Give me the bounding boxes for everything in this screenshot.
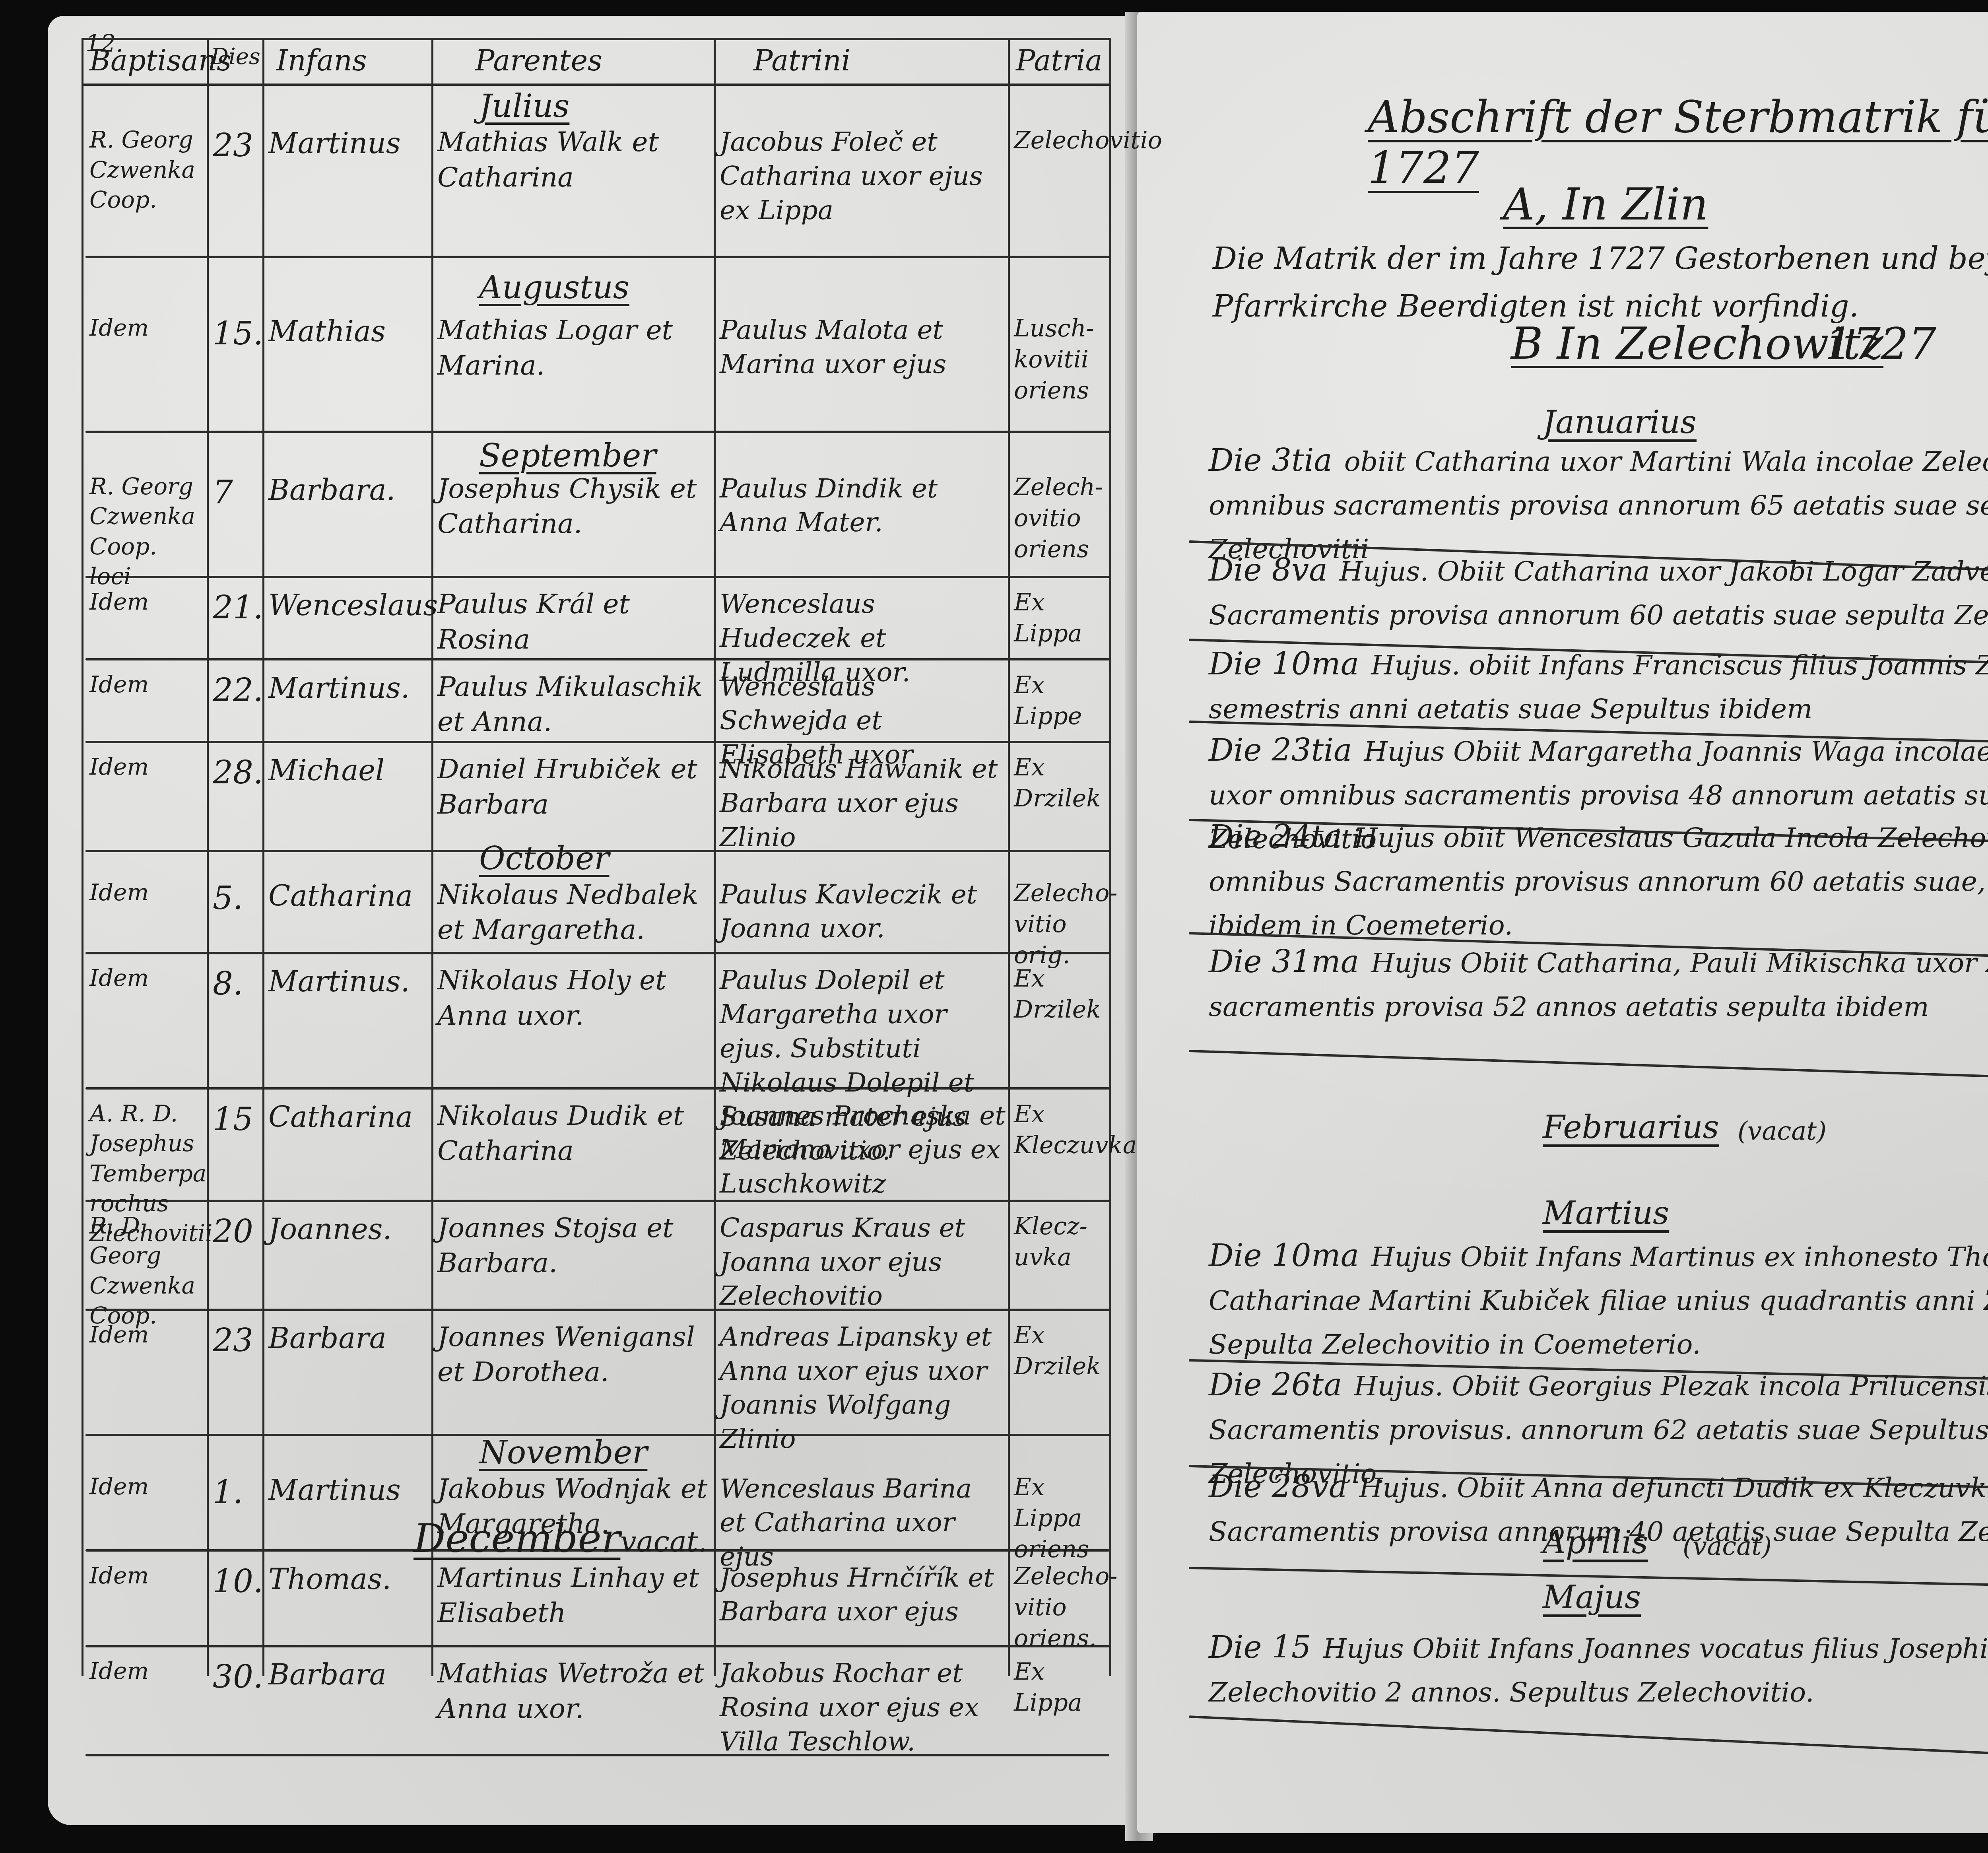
month-heading-october: October — [479, 840, 610, 877]
row-divider — [85, 576, 1109, 578]
cell-dies: 8. — [213, 963, 260, 1004]
cell-dies: 1. — [213, 1472, 260, 1513]
col-header-patria: Patria — [1016, 44, 1102, 77]
col-header-patrini: Patrini — [753, 44, 850, 77]
cell-patria: Zelecho-vitio oriens. — [1014, 1561, 1109, 1654]
cell-dies: 30. — [213, 1656, 260, 1698]
cell-patria: Zelech-ovitio oriens — [1014, 472, 1109, 565]
cell-parentes: Mathias Walk et Catharina — [437, 125, 712, 195]
col-header-parentes: Parentes — [475, 44, 602, 77]
row-divider — [85, 1645, 1109, 1647]
cell-infans: Martinus — [268, 125, 427, 162]
entry-day: Die 26ta — [1209, 1367, 1342, 1403]
cell-infans: Barbara — [268, 1320, 427, 1357]
death-entry: Die 8vaHujus. Obiit Catharina uxor Jakob… — [1209, 548, 1988, 637]
month-heading-januarius: Januarius — [1543, 404, 1697, 441]
cell-patrini: Casparus Kraus et Joanna uxor ejus Zelec… — [720, 1211, 1006, 1313]
entry-day: Die 23tia — [1209, 732, 1352, 768]
cell-parentes: Mathias Wetroža et Anna uxor. — [437, 1656, 712, 1727]
cell-dies: 23 — [213, 125, 260, 166]
cell-patria: Ex Lippe — [1014, 670, 1109, 732]
cell-patrini: Wenceslaus Barina et Catharina uxor ejus — [720, 1472, 1006, 1574]
cell-patrini: Paulus Dindik et Anna Mater. — [720, 472, 1006, 540]
cell-dies: 5. — [213, 878, 260, 919]
entry-day: Die 31ma — [1209, 944, 1359, 980]
cell-infans: Catharina — [268, 878, 427, 915]
cell-patrini: Jacobus Foleč et Catharina uxor ejus ex … — [720, 125, 1006, 227]
cell-infans: Catharina — [268, 1099, 427, 1136]
death-entry: Die 31maHujus Obiit Catharina, Pauli Mik… — [1209, 940, 1988, 1029]
cell-patrini: Paulus Kavleczik et Joanna uxor. — [720, 878, 1006, 946]
cell-parentes: Martinus Linhay et Elisabeth — [437, 1561, 712, 1631]
entry-text: Hujus Obiit Infans Joannes vocatus filiu… — [1209, 1633, 1988, 1708]
cell-baptisans: Idem — [89, 878, 205, 907]
entry-day: Die 15 — [1209, 1630, 1311, 1665]
col-header-baptisans: Baptisans — [89, 44, 231, 77]
cell-infans: Martinus. — [268, 963, 427, 1000]
row-divider — [85, 431, 1109, 433]
cell-patria: Ex Kleczuvka — [1014, 1099, 1109, 1161]
cell-patrini: Jakobus Rochar et Rosina uxor ejus ex Vi… — [720, 1656, 1006, 1758]
cell-parentes: Joannes Wenigansl et Dorothea. — [437, 1320, 712, 1390]
cell-patrini: Andreas Lipansky et Anna uxor ejus uxor … — [720, 1320, 1006, 1456]
cell-baptisans: Idem — [89, 1320, 205, 1350]
month-heading-julius: Julius — [479, 87, 569, 124]
cell-parentes: Paulus Král et Rosina — [437, 587, 712, 657]
cell-baptisans: Idem — [89, 963, 205, 993]
entry-day: Die 10ma — [1209, 646, 1359, 682]
cell-parentes: Joannes Stojsa et Barbara. — [437, 1211, 712, 1281]
cell-dies: 15 — [213, 1099, 260, 1140]
cell-parentes: Nikolaus Holy et Anna uxor. — [437, 963, 712, 1033]
cell-infans: Mathias — [268, 313, 427, 350]
cell-patrini: Nikolaus Hawanik et Barbara uxor ejus Zl… — [720, 752, 1006, 854]
cell-baptisans: R. Georg Czwenka Coop. — [89, 125, 205, 215]
month-heading-september: September — [479, 437, 656, 474]
column-divider — [431, 38, 433, 1676]
section-a-heading: A, In Zlin — [1503, 179, 1708, 230]
cell-dies: 20 — [213, 1211, 260, 1252]
cell-patria: Zelechovitio — [1014, 125, 1109, 156]
month-heading-augustus: Augustus — [479, 269, 629, 306]
cell-patria: Ex Lippa — [1014, 587, 1109, 649]
row-divider — [85, 256, 1109, 258]
month-heading-majus: Majus — [1543, 1579, 1641, 1616]
cell-baptisans: Idem — [89, 670, 205, 699]
cell-dies: 22. — [213, 670, 260, 711]
month-heading-martius: Martius — [1543, 1195, 1669, 1231]
death-entry: Die 10maHujus. obiit Infans Franciscus f… — [1209, 642, 1988, 731]
cell-patria: Ex Drzilek — [1014, 1320, 1109, 1382]
death-entry: Die 15Hujus Obiit Infans Joannes vocatus… — [1209, 1626, 1988, 1715]
cell-infans: Martinus. — [268, 670, 427, 707]
column-divider — [262, 38, 264, 1676]
cell-infans: Wenceslaus — [268, 587, 427, 624]
december-vacat-note: vacat. — [620, 1523, 707, 1561]
cell-parentes: Mathias Logar et Marina. — [437, 313, 712, 383]
month-heading-december: December — [414, 1515, 620, 1562]
column-divider — [207, 38, 209, 1676]
cell-patria: Ex Lippa — [1014, 1656, 1109, 1718]
cell-parentes: Paulus Mikulaschik et Anna. — [437, 670, 712, 740]
cell-dies: 28. — [213, 752, 260, 793]
cell-dies: 10. — [213, 1561, 260, 1602]
cell-dies: 21. — [213, 587, 260, 628]
month-vacat-note: (vacat) — [1683, 1528, 1772, 1566]
cell-patrini: Josephus Hrnčířík et Barbara uxor ejus — [720, 1561, 1006, 1629]
cell-parentes: Nikolaus Dudik et Catharina — [437, 1099, 712, 1169]
column-divider — [1008, 38, 1010, 1676]
cell-baptisans: R. D. Georg Czwenka Coop. — [89, 1211, 205, 1331]
page-title: Abschrift der Sterbmatrik für das Jahr 1… — [1368, 91, 1988, 193]
cell-infans: Joannes. — [268, 1211, 427, 1248]
cell-infans: Thomas. — [268, 1561, 427, 1598]
cell-dies: 7 — [213, 472, 260, 513]
cell-parentes: Daniel Hrubiček et Barbara — [437, 752, 712, 822]
death-entry: Die 10maHujus Obiit Infans Martinus ex i… — [1209, 1234, 1988, 1367]
cell-patrini: Joannes Prochaska et Mariana uxor ejus e… — [720, 1099, 1006, 1201]
section-a-text: Die Matrik der im Jahre 1727 Gestorbenen… — [1213, 235, 1988, 330]
cell-patria: Klecz-uvka — [1014, 1211, 1109, 1273]
cell-patria: Ex Lippa oriens — [1014, 1472, 1109, 1565]
cell-infans: Martinus — [268, 1472, 427, 1509]
death-entry: Die 24taHujus obiit Wenceslaus Gazula In… — [1209, 815, 1988, 948]
col-header-dies: Dies — [211, 44, 260, 70]
cell-infans: Barbara. — [268, 472, 427, 509]
cell-baptisans: Idem — [89, 1656, 205, 1686]
cell-baptisans: R. Georg Czwenka Coop. loci — [89, 472, 205, 592]
cell-parentes: Josephus Chysik et Catharina. — [437, 472, 712, 542]
cell-patria: Lusch-kovitii oriens — [1014, 313, 1109, 406]
entry-day: Die 8va — [1209, 552, 1328, 588]
row-divider — [85, 952, 1109, 954]
cell-infans: Michael — [268, 752, 427, 789]
cell-dies: 23 — [213, 1320, 260, 1361]
entry-day: Die 28va — [1209, 1469, 1347, 1505]
column-divider — [82, 38, 83, 1676]
month-vacat-note: (vacat) — [1738, 1113, 1827, 1150]
cell-infans: Barbara — [268, 1656, 427, 1694]
entry-day: Die 3tia — [1209, 443, 1332, 478]
month-heading-november: November — [479, 1434, 647, 1471]
entry-day: Die 24ta — [1209, 819, 1342, 855]
month-heading-februarius: Februarius — [1543, 1109, 1719, 1146]
cell-baptisans: Idem — [89, 1561, 205, 1591]
cell-patrini: Paulus Malota et Marina uxor ejus — [720, 313, 1006, 381]
col-header-infans: Infans — [276, 44, 367, 77]
cell-parentes: Nikolaus Nedbalek et Margaretha. — [437, 878, 712, 948]
month-heading-aprilis: Aprilis — [1543, 1524, 1648, 1561]
entry-day: Die 10ma — [1209, 1238, 1359, 1274]
section-b-year: 1727 — [1825, 318, 1936, 370]
column-divider — [1109, 38, 1111, 1676]
header-top-rule — [82, 38, 1111, 40]
cell-patria: Ex Drzilek — [1014, 963, 1109, 1025]
column-divider — [714, 38, 716, 1676]
cell-baptisans: Idem — [89, 313, 205, 343]
cell-dies: 15. — [213, 313, 260, 354]
cell-patria: Ex Drzilek — [1014, 752, 1109, 814]
cell-baptisans: Idem — [89, 752, 205, 782]
cell-baptisans: Idem — [89, 1472, 205, 1501]
cell-baptisans: Idem — [89, 587, 205, 617]
cell-patria: Zelecho-vitio orig. — [1014, 878, 1109, 971]
header-bottom-rule — [82, 84, 1111, 86]
